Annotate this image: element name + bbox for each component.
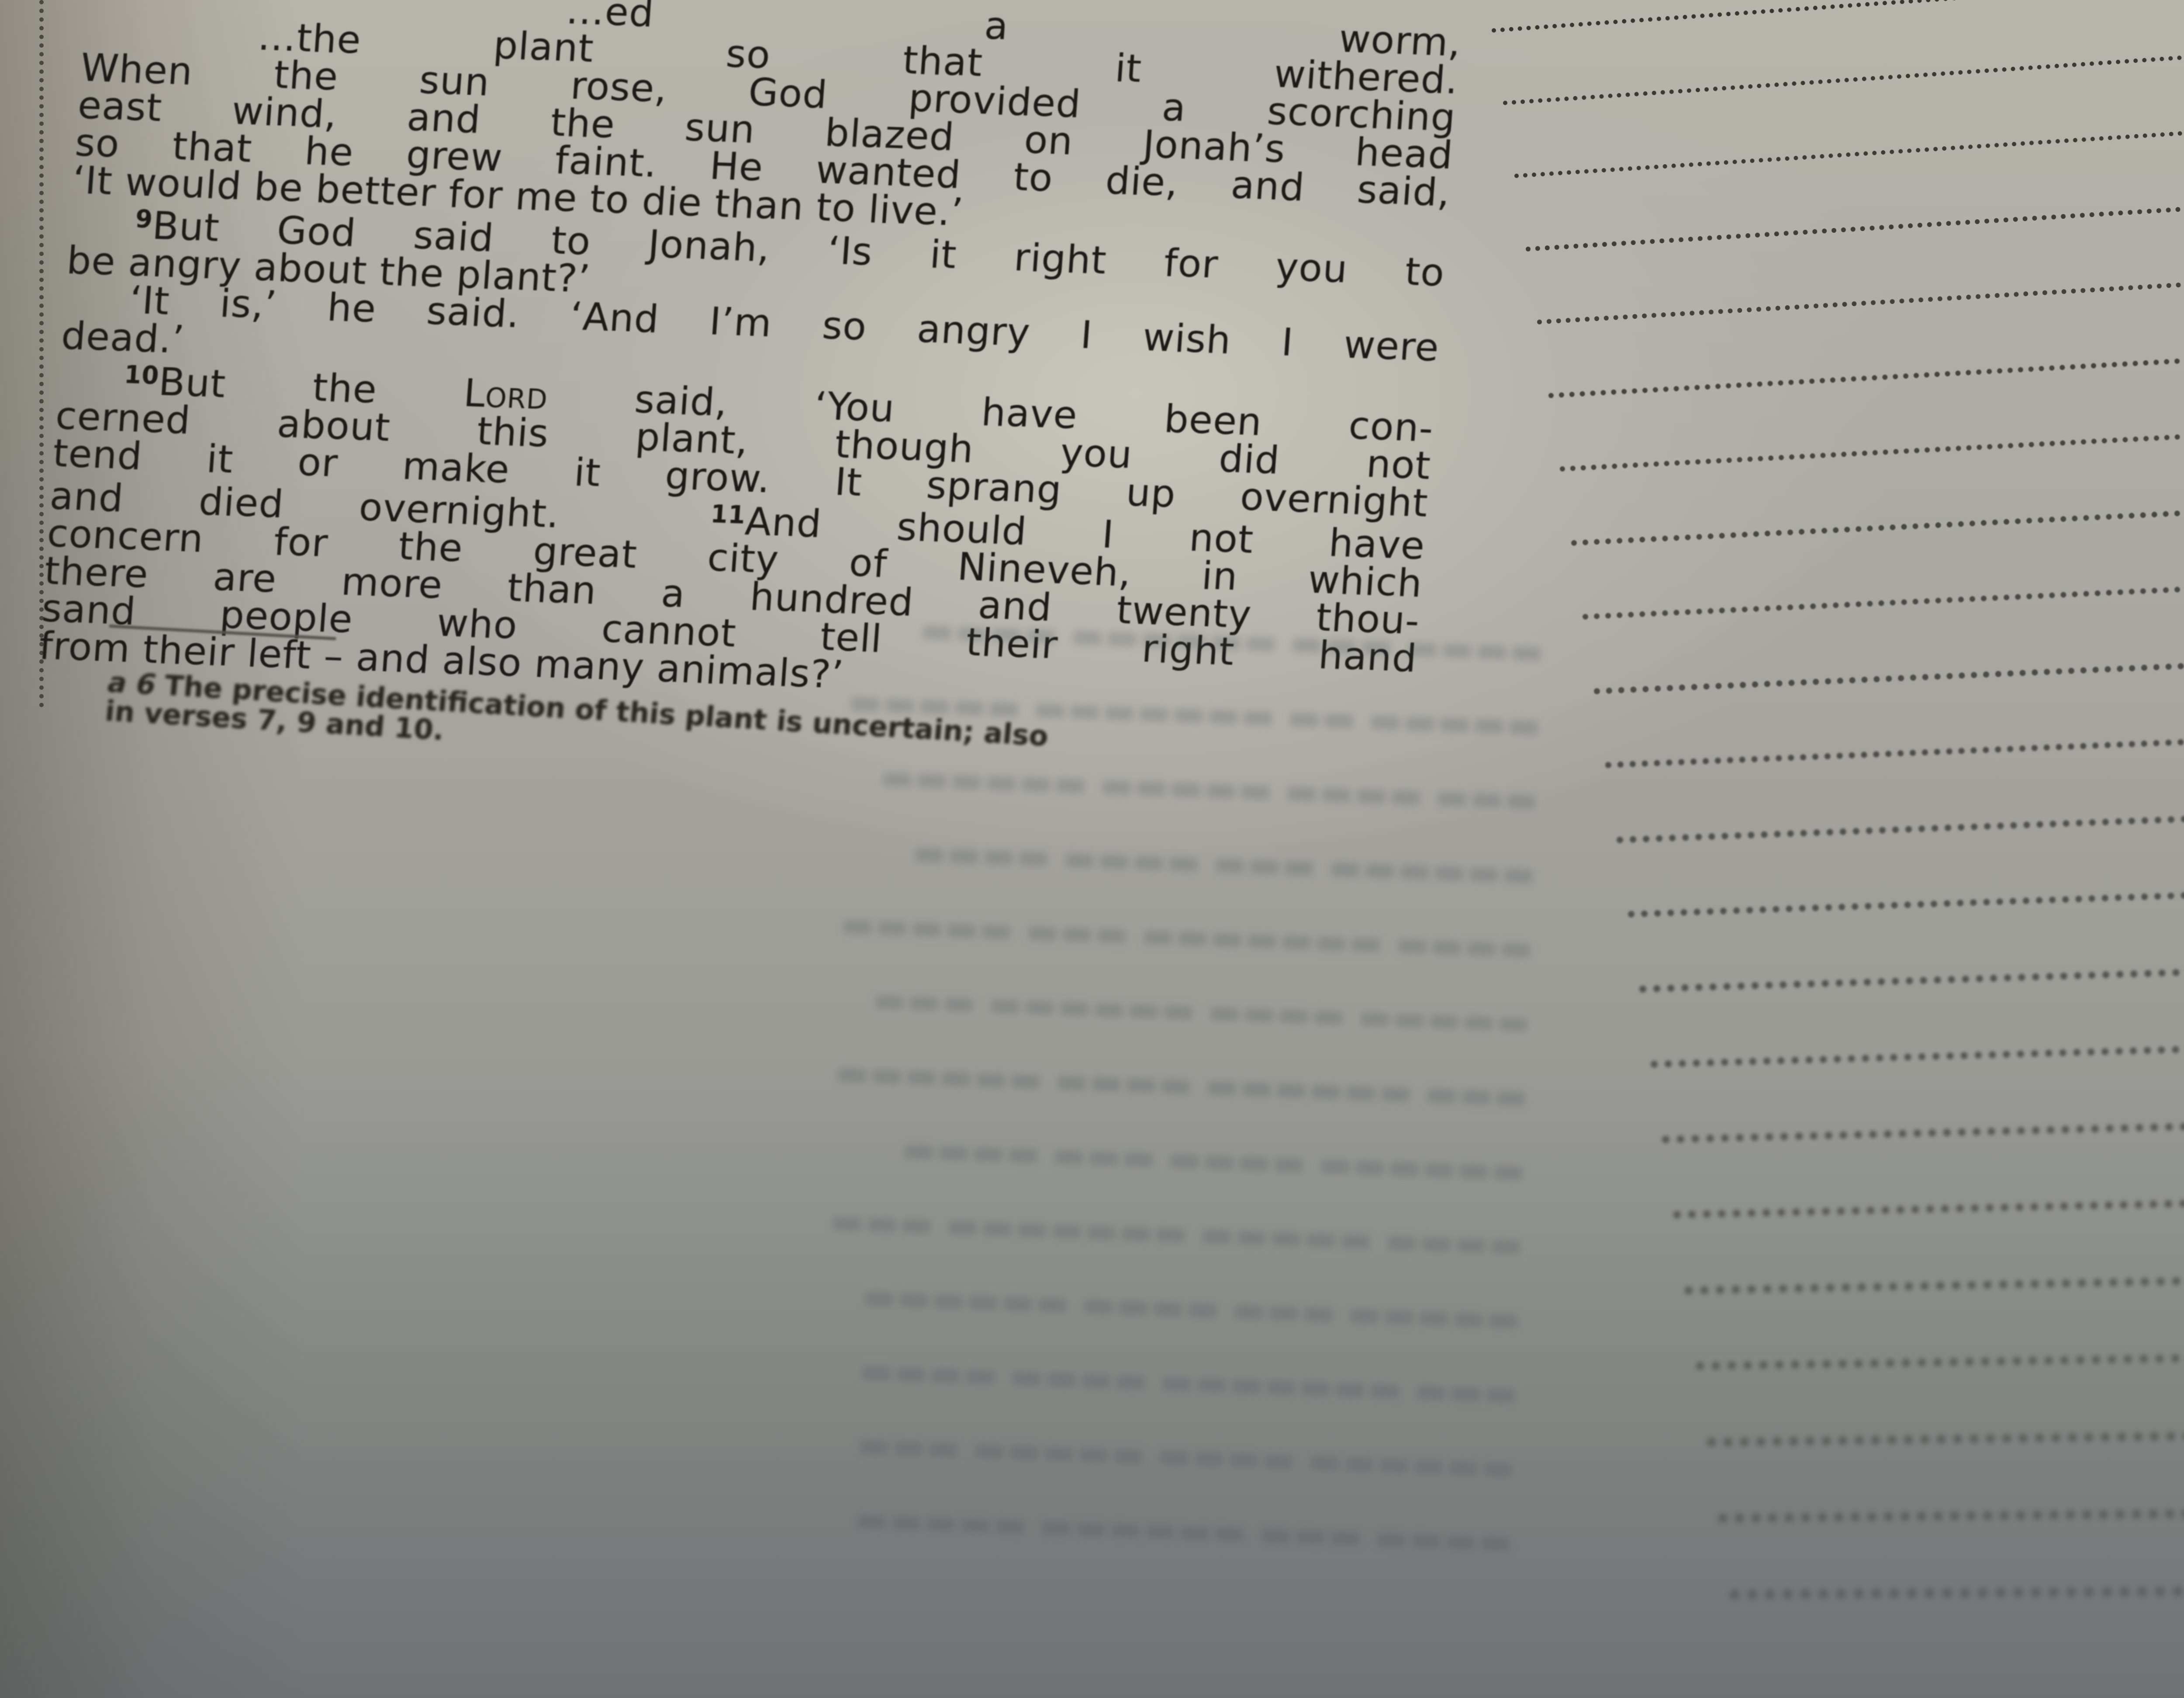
- journal-dotted-line: [1583, 581, 2184, 620]
- journal-dotted-line: [1617, 811, 2184, 843]
- journal-dotted-line: [1605, 734, 2184, 768]
- journal-dotted-line: [1503, 47, 2184, 105]
- journal-dotted-line: [1571, 504, 2184, 546]
- journal-dotted-line: [1628, 888, 2184, 918]
- journal-dotted-line: [1514, 123, 2184, 178]
- journal-dotted-line: [1492, 0, 2184, 33]
- journal-dotted-line: [1526, 199, 2184, 252]
- journal-dotted-line: [1560, 428, 2184, 472]
- bible-page: …ed a worm, …the plant so that it wither…: [0, 0, 2184, 1698]
- bottom-shadow: [0, 1048, 2184, 1698]
- journal-dotted-line: [1548, 352, 2184, 398]
- verse-number: 9: [135, 205, 154, 234]
- journal-dotted-line: [1537, 275, 2184, 324]
- journal-dotted-line: [1639, 965, 2184, 993]
- verse-number: 10: [123, 361, 160, 390]
- journal-dotted-line: [1594, 658, 2184, 694]
- verse-number: 11: [710, 500, 747, 530]
